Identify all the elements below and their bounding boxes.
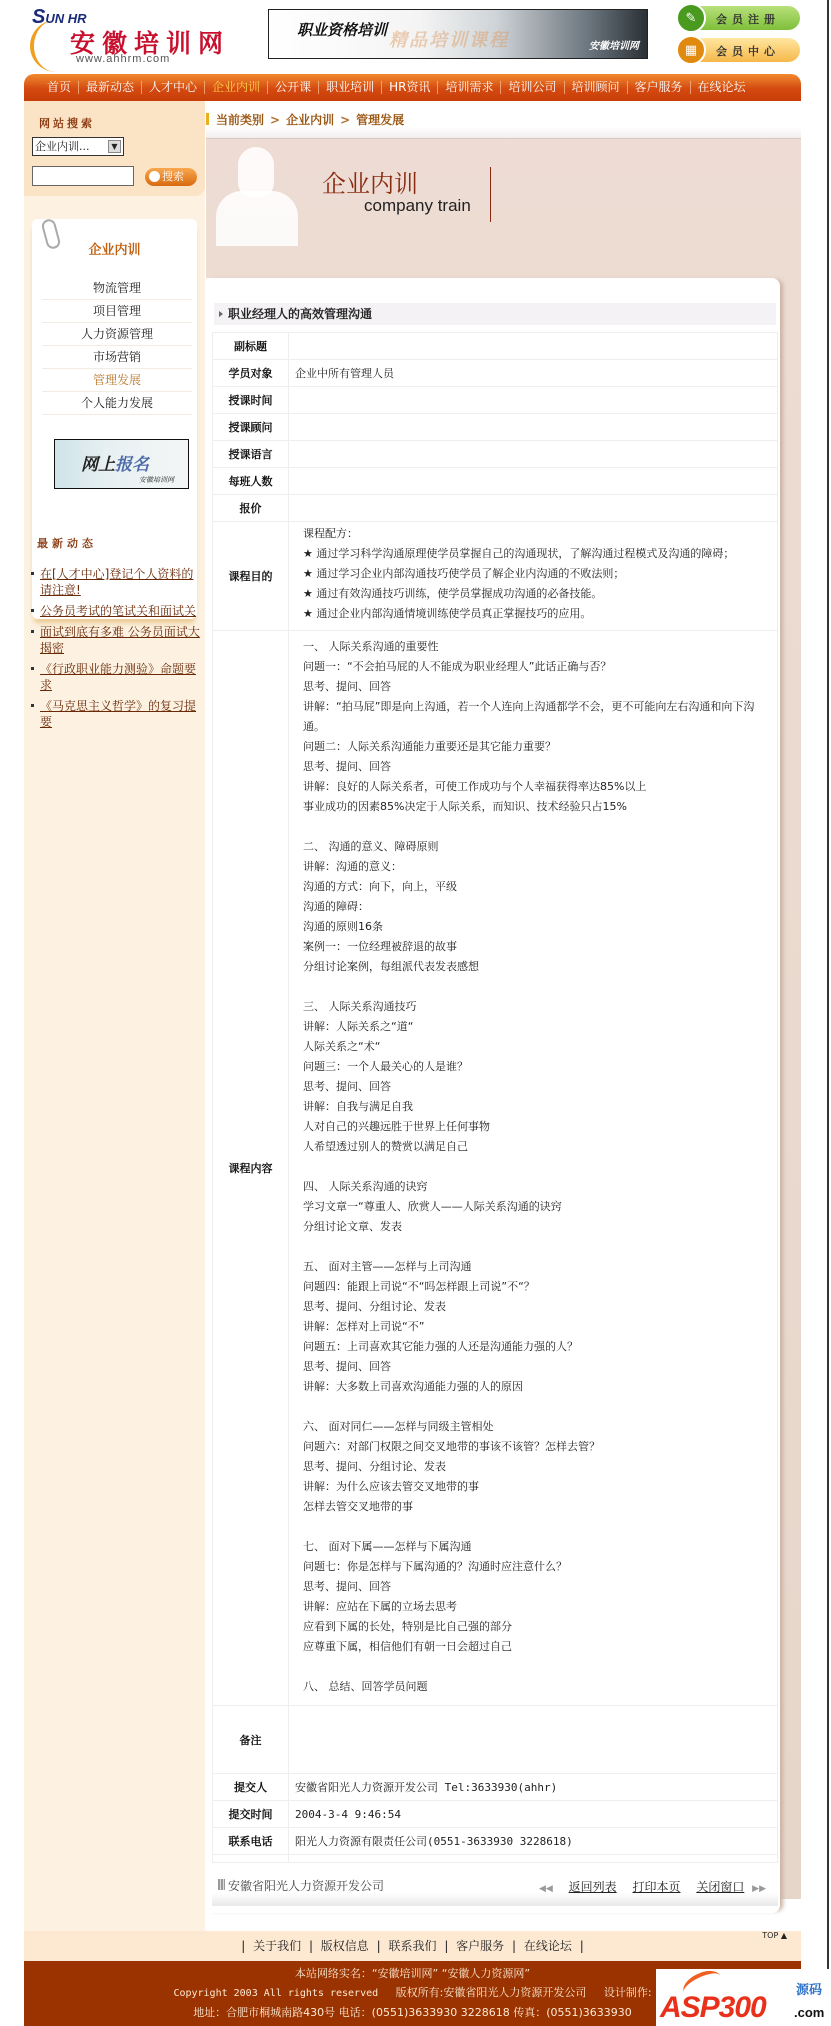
news-link[interactable]: 《行政职业能力测验》命题要求 xyxy=(40,662,196,692)
purpose-line: 课程配方： xyxy=(303,524,769,544)
table-row: 授课顾问 xyxy=(213,414,778,441)
member-register-button[interactable]: ✎ 会员注册 xyxy=(680,6,800,30)
double-left-arrow-icon: ◀◀ xyxy=(539,1884,553,1894)
back-to-top-link[interactable]: TOP ▲ xyxy=(762,1931,787,1940)
content-section: 二、 沟通的意义、障碍原则讲解：沟通的意义：沟通的方式：向下，向上，平级沟通的障… xyxy=(303,837,769,977)
window-edge xyxy=(827,0,829,2026)
label-time: 授课时间 xyxy=(213,387,289,414)
table-row: 提交时间2004-3-4 9:46:54 xyxy=(213,1801,778,1828)
breadcrumb-root: 当前类别 xyxy=(216,113,264,127)
content-section: 四、 人际关系沟通的诀窍学习文章一“尊重人、欣赏人——人际关系沟通的诀窍分组讨论… xyxy=(303,1177,769,1237)
value-consultant xyxy=(289,414,778,441)
footer-link-service[interactable]: 客户服务 xyxy=(456,1939,504,1953)
course-detail-table: 副标题 学员对象企业中所有管理人员 授课时间 授课顾问 授课语言 每班人数 报价… xyxy=(212,332,778,1882)
category-item-active[interactable]: 管理发展 xyxy=(42,369,192,392)
action-links: ◀◀ 返回列表 打印本页 关闭窗口 ▶▶ xyxy=(535,1878,766,1895)
nav-home[interactable]: 首页 xyxy=(40,81,79,94)
breadcrumb: 当前类别>企业内训>管理发展 xyxy=(206,101,801,139)
search-input[interactable] xyxy=(32,166,134,186)
building-icon: ▦ xyxy=(676,35,706,65)
label-price: 报价 xyxy=(213,495,289,522)
signup-text: 网上报名 xyxy=(81,450,149,475)
table-row: 副标题 xyxy=(213,333,778,360)
news-list: 在[人才中心]登记个人资料的请注意! 公务员考试的笔试关和面试关 面试到底有多难… xyxy=(30,566,202,735)
footer-link-copyright[interactable]: 版权信息 xyxy=(321,1939,369,1953)
search-button-label: 搜索 xyxy=(162,170,184,183)
hero-banner: 企业内训 company train 职业经理人的高效管理沟通 副标题 学员对象… xyxy=(206,139,801,1899)
purpose-line: ★ 通过学习科学沟通原理使学员掌握自己的沟通现状，了解沟通过程模式及沟通的障碍； xyxy=(303,544,769,564)
banner-watermark-text: 精品培训课程 xyxy=(389,26,509,52)
category-panel: 企业内训 物流管理 项目管理 人力资源管理 市场营销 管理发展 个人能力发展 网… xyxy=(32,219,197,619)
table-row: 学员对象企业中所有管理人员 xyxy=(213,360,778,387)
member-register-label: 会员注册 xyxy=(716,11,780,27)
print-link[interactable]: 打印本页 xyxy=(632,1880,680,1894)
category-item[interactable]: 人力资源管理 xyxy=(42,323,192,346)
hero-divider xyxy=(490,167,491,222)
nav-consultants[interactable]: 培训顾问 xyxy=(565,81,628,94)
header: SUN HR 安徽培训网 www.ahhrm.com 职业资格培训 精品培训课程… xyxy=(24,0,801,74)
news-link[interactable]: 在[人才中心]登记个人资料的请注意! xyxy=(40,567,193,597)
category-item[interactable]: 个人能力发展 xyxy=(42,392,192,415)
online-signup-banner[interactable]: 网上报名 安徽培训网 xyxy=(54,439,189,489)
nav-open-course[interactable]: 公开课 xyxy=(268,81,319,94)
nav-companies[interactable]: 培训公司 xyxy=(501,81,564,94)
news-item: 面试到底有多难 公务员面试大揭密 xyxy=(30,624,202,656)
bottom-action-bar: 安徽省阳光人力资源开发公司 ◀◀ 返回列表 打印本页 关闭窗口 ▶▶ xyxy=(212,1862,778,1906)
nav-hr-info[interactable]: HR资讯 xyxy=(382,81,438,94)
purpose-line: ★ 通过学习企业内部沟通技巧使学员了解企业内沟通的不败法则； xyxy=(303,564,769,584)
site-search: 网站搜索 企业内训... ▼ 搜索 xyxy=(24,101,205,196)
asp300-watermark: ASP300 源码 .com xyxy=(656,1969,831,2026)
site-logo[interactable]: SUN HR 安徽培训网 www.ahhrm.com xyxy=(32,6,262,64)
nav-talent[interactable]: 人才中心 xyxy=(142,81,205,94)
label-class-size: 每班人数 xyxy=(213,468,289,495)
category-item[interactable]: 市场营销 xyxy=(42,346,192,369)
label-purpose: 课程目的 xyxy=(213,522,289,631)
news-item: 《马克思主义哲学》的复习提要 xyxy=(30,698,202,730)
page: SUN HR 安徽培训网 www.ahhrm.com 职业资格培训 精品培训课程… xyxy=(24,0,801,74)
table-row: 备注 xyxy=(213,1706,778,1774)
content-section: 七、 面对下属——怎样与下属沟通问题七：你是怎样与下属沟通的？沟通时应注意什么？… xyxy=(303,1537,769,1657)
course-card: 职业经理人的高效管理沟通 副标题 学员对象企业中所有管理人员 授课时间 授课顾问… xyxy=(206,278,780,1913)
footer-link-forum[interactable]: 在线论坛 xyxy=(524,1939,572,1953)
purpose-line: ★ 通过有效沟通技巧训练，使学员掌握成功沟通的必备技能。 xyxy=(303,584,769,604)
content-section: 六、 面对同仁——怎样与同级主管相处问题六：对部门权限之间交叉地带的事该不该管？… xyxy=(303,1417,769,1517)
sidebar: 网站搜索 企业内训... ▼ 搜索 企业内训 物流管理 项目管理 人力资源管理 … xyxy=(24,101,205,1931)
signup-brand: 安徽培训网 xyxy=(139,475,174,485)
label-language: 授课语言 xyxy=(213,441,289,468)
news-item: 《行政职业能力测验》命题要求 xyxy=(30,661,202,693)
footer-link-about[interactable]: 关于我们 xyxy=(253,1939,301,1953)
watermark-cn: 源码 xyxy=(796,1983,822,1998)
label-audience: 学员对象 xyxy=(213,360,289,387)
breadcrumb-level1[interactable]: 企业内训 xyxy=(286,113,334,127)
news-link[interactable]: 公务员考试的笔试关和面试关 xyxy=(40,604,196,618)
value-time xyxy=(289,387,778,414)
news-link[interactable]: 面试到底有多难 公务员面试大揭密 xyxy=(40,625,200,655)
news-link[interactable]: 《马克思主义哲学》的复习提要 xyxy=(40,699,196,729)
nav-company-train[interactable]: 企业内训 xyxy=(205,81,268,94)
footer-links: | 关于我们 | 版权信息 | 联系我们 | 客户服务 | 在线论坛 | TOP… xyxy=(24,1931,801,1961)
triangle-right-icon xyxy=(219,311,223,317)
breadcrumb-sep: > xyxy=(340,113,350,127)
label-subtitle: 副标题 xyxy=(213,333,289,360)
main-nav: 首页 最新动态 人才中心 企业内训 公开课 职业培训 HR资讯 培训需求 培训公… xyxy=(24,74,801,101)
table-row: 每班人数 xyxy=(213,468,778,495)
member-center-label: 会员中心 xyxy=(716,43,780,59)
label-submit-time: 提交时间 xyxy=(213,1801,289,1828)
close-window-link[interactable]: 关闭窗口 xyxy=(696,1880,744,1894)
edit-icon: ✎ xyxy=(676,3,706,33)
breadcrumb-sep: > xyxy=(270,113,280,127)
label-consultant: 授课顾问 xyxy=(213,414,289,441)
content-section: 一、 人际关系沟通的重要性问题一：“不会拍马屁的人不能成为职业经理人”此话正确与… xyxy=(303,637,769,817)
breadcrumb-level2[interactable]: 管理发展 xyxy=(356,113,404,127)
table-row: 课程目的 课程配方： ★ 通过学习科学沟通原理使学员掌握自己的沟通现状，了解沟通… xyxy=(213,522,778,631)
table-row: 授课语言 xyxy=(213,441,778,468)
logo-url: www.ahhrm.com xyxy=(76,53,170,65)
watermark-logo: ASP300 xyxy=(660,1991,766,2025)
company-name: 安徽省阳光人力资源开发公司 xyxy=(218,1877,384,1894)
value-remark xyxy=(289,1706,778,1774)
search-title: 网站搜索 xyxy=(39,115,95,131)
content-section: 五、 面对主管——怎样与上司沟通问题四：能跟上司说“不“吗怎样跟上司说”不“？思… xyxy=(303,1257,769,1397)
nav-news[interactable]: 最新动态 xyxy=(79,81,142,94)
value-language xyxy=(289,441,778,468)
label-content: 课程内容 xyxy=(213,631,289,1706)
course-title: 职业经理人的高效管理沟通 xyxy=(214,303,776,325)
breadcrumb-marker xyxy=(206,113,209,125)
search-button[interactable]: 搜索 xyxy=(145,168,197,186)
news-item: 公务员考试的笔试关和面试关 xyxy=(30,603,202,619)
banner-text: 职业资格培训 xyxy=(297,19,387,40)
category-item[interactable]: 项目管理 xyxy=(42,300,192,323)
value-submit-time: 2004-3-4 9:46:54 xyxy=(289,1801,778,1828)
label-phone: 联系电话 xyxy=(213,1828,289,1855)
header-ad-banner[interactable]: 职业资格培训 精品培训课程 安徽培训网 xyxy=(268,9,648,59)
search-icon xyxy=(149,171,160,182)
content-section: 三、 人际关系沟通技巧讲解：人际关系之“道“人际关系之“术“问题三：一个人最关心… xyxy=(303,997,769,1157)
back-to-list-link[interactable]: 返回列表 xyxy=(569,1880,617,1894)
member-center-button[interactable]: ▦ 会员中心 xyxy=(680,38,800,62)
nav-forum[interactable]: 在线论坛 xyxy=(691,81,753,94)
person-silhouette-icon xyxy=(216,147,296,242)
value-audience: 企业中所有管理人员 xyxy=(289,360,778,387)
category-list: 物流管理 项目管理 人力资源管理 市场营销 管理发展 个人能力发展 xyxy=(42,277,192,415)
chevron-down-icon[interactable]: ▼ xyxy=(108,140,121,153)
category-item[interactable]: 物流管理 xyxy=(42,277,192,300)
double-right-arrow-icon: ▶▶ xyxy=(752,1884,766,1894)
table-row: 提交人安徽省阳光人力资源开发公司 Tel:3633930(ahhr) xyxy=(213,1774,778,1801)
label-submitter: 提交人 xyxy=(213,1774,289,1801)
value-content: 一、 人际关系沟通的重要性问题一：“不会拍马屁的人不能成为职业经理人”此话正确与… xyxy=(289,631,778,1706)
table-row: 课程内容 一、 人际关系沟通的重要性问题一：“不会拍马屁的人不能成为职业经理人”… xyxy=(213,631,778,1706)
value-price xyxy=(289,495,778,522)
course-title-text: 职业经理人的高效管理沟通 xyxy=(228,307,372,321)
news-title: 最新动态 xyxy=(37,535,97,551)
nav-vocational[interactable]: 职业培训 xyxy=(319,81,382,94)
label-remark: 备注 xyxy=(213,1706,289,1774)
value-purpose: 课程配方： ★ 通过学习科学沟通原理使学员掌握自己的沟通现状，了解沟通过程模式及… xyxy=(289,522,778,631)
nav-demand[interactable]: 培训需求 xyxy=(438,81,501,94)
news-item: 在[人才中心]登记个人资料的请注意! xyxy=(30,566,202,598)
value-phone: 阳光人力资源有限责任公司(0551-3633930 3228618) xyxy=(289,1828,778,1855)
select-value: 企业内训... xyxy=(35,140,90,153)
hero-subtitle: company train xyxy=(364,196,471,216)
search-category-select[interactable]: 企业内训... ▼ xyxy=(32,137,124,156)
table-row: 授课时间 xyxy=(213,387,778,414)
category-title: 企业内训 xyxy=(32,239,197,258)
footer-link-contact[interactable]: 联系我们 xyxy=(388,1939,436,1953)
purpose-line: ★ 通过企业内部沟通情境训练使学员真正掌握技巧的应用。 xyxy=(303,604,769,624)
value-submitter: 安徽省阳光人力资源开发公司 Tel:3633930(ahhr) xyxy=(289,1774,778,1801)
value-subtitle xyxy=(289,333,778,360)
value-class-size xyxy=(289,468,778,495)
nav-service[interactable]: 客户服务 xyxy=(628,81,691,94)
banner-brand: 安徽培训网 xyxy=(589,37,639,52)
table-row: 联系电话阳光人力资源有限责任公司(0551-3633930 3228618) xyxy=(213,1828,778,1855)
table-row: 报价 xyxy=(213,495,778,522)
watermark-com: .com xyxy=(794,2005,824,2020)
content-section: 八、 总结、回答学员问题 xyxy=(303,1677,769,1697)
hero-title: 企业内训 xyxy=(322,164,418,199)
